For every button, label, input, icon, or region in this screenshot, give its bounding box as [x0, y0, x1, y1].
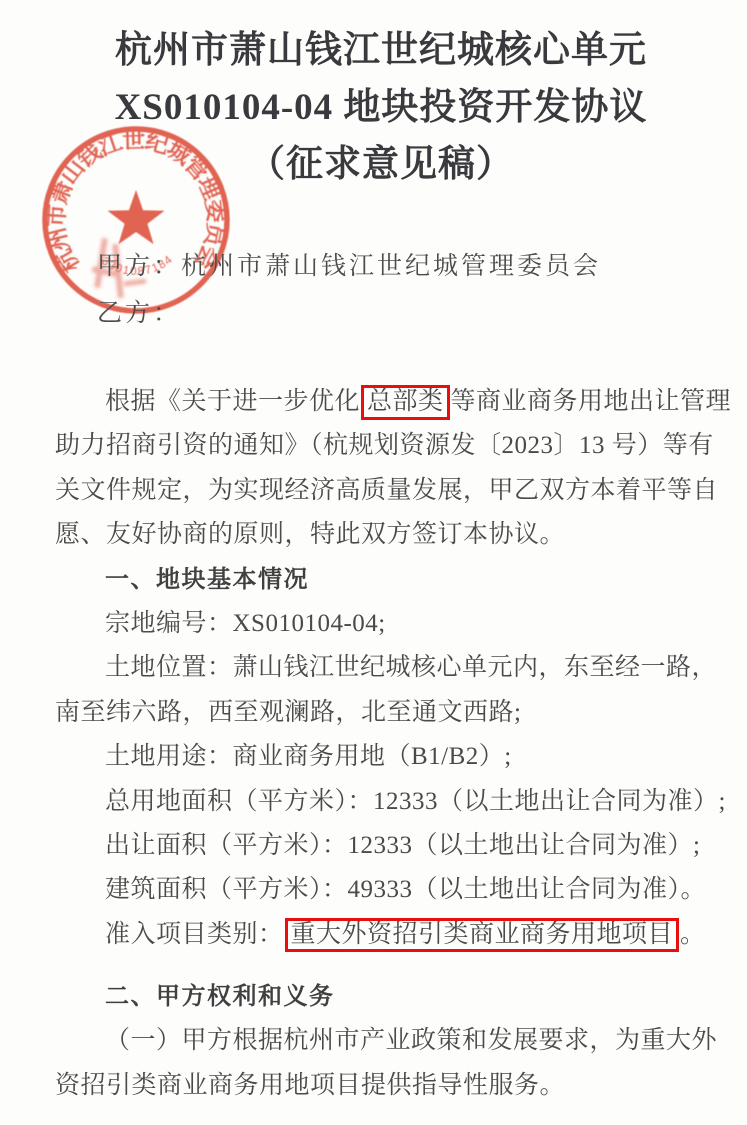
party-a-line: 甲方：杭州市萧山钱江世纪城管理委员会 — [97, 243, 601, 290]
section1-heading: 一、地块基本情况 — [55, 558, 715, 602]
seal-star-icon — [108, 190, 165, 244]
land-location-line-1: 土地位置：萧山钱江世纪城核心单元内，东至经一路， — [55, 646, 715, 690]
section2-heading: 二、甲方权利和义务 — [55, 975, 715, 1019]
intro-line-1-pre: 根据《关于进一步优化 — [105, 388, 360, 415]
party-a-value: 杭州市萧山钱江世纪城管理委员会 — [181, 253, 601, 280]
highlight-box-project-category: 重大外资招引类商业商务用地项目 — [285, 918, 680, 953]
parties-block: 甲方：杭州市萧山钱江世纪城管理委员会 乙方： — [97, 243, 601, 337]
party-a-label: 甲方： — [97, 253, 181, 280]
intro-line-1: 根据《关于进一步优化总部类等商业商务用地出让管理 — [55, 380, 715, 424]
intro-line-3: 关文件规定，为实现经济高质量发展，甲乙双方本着平等自 — [55, 469, 715, 513]
intro-line-1-post: 等商业商务用地出让管理 — [451, 388, 732, 415]
project-category-label: 准入项目类别： — [105, 921, 284, 948]
highlight-box-headquarters: 总部类 — [361, 385, 450, 420]
intro-line-2: 助力招商引资的通知》（杭规划资源发〔2023〕13 号）等有 — [55, 424, 715, 468]
intro-line-4: 愿、友好协商的原则，特此双方签订本协议。 — [55, 513, 715, 557]
land-location-line-2: 南至纬六路，西至观澜路，北至通文西路; — [55, 691, 715, 735]
clause-1-line-1: （一）甲方根据杭州市产业政策和发展要求，为重大外 — [55, 1019, 715, 1063]
project-category-line: 准入项目类别：重大外资招引类商业商务用地项目。 — [55, 913, 715, 957]
parcel-number-line: 宗地编号：XS010104-04; — [55, 602, 715, 646]
transfer-area-line: 出让面积（平方米）：12333（以土地出让合同为准）; — [55, 824, 715, 868]
total-land-area-line: 总用地面积（平方米）：12333（以土地出让合同为准）; — [55, 780, 715, 824]
party-b-label: 乙方： — [97, 300, 181, 327]
project-category-suffix: 。 — [680, 921, 706, 948]
document-body: 根据《关于进一步优化总部类等商业商务用地出让管理 助力招商引资的通知》（杭规划资… — [55, 380, 715, 1108]
building-area-line: 建筑面积（平方米）：49333（以土地出让合同为准）。 — [55, 868, 715, 912]
land-use-line: 土地用途：商业商务用地（B1/B2）; — [55, 735, 715, 779]
title-line-1: 杭州市萧山钱江世纪城核心单元 — [15, 22, 747, 79]
clause-1-line-2: 资招引类商业商务用地项目提供指导性服务。 — [55, 1064, 715, 1108]
party-b-line: 乙方： — [97, 290, 601, 337]
document-page: 杭州市萧山钱江世纪城核心单元 XS010104-04 地块投资开发协议 （征求意… — [0, 0, 747, 1125]
